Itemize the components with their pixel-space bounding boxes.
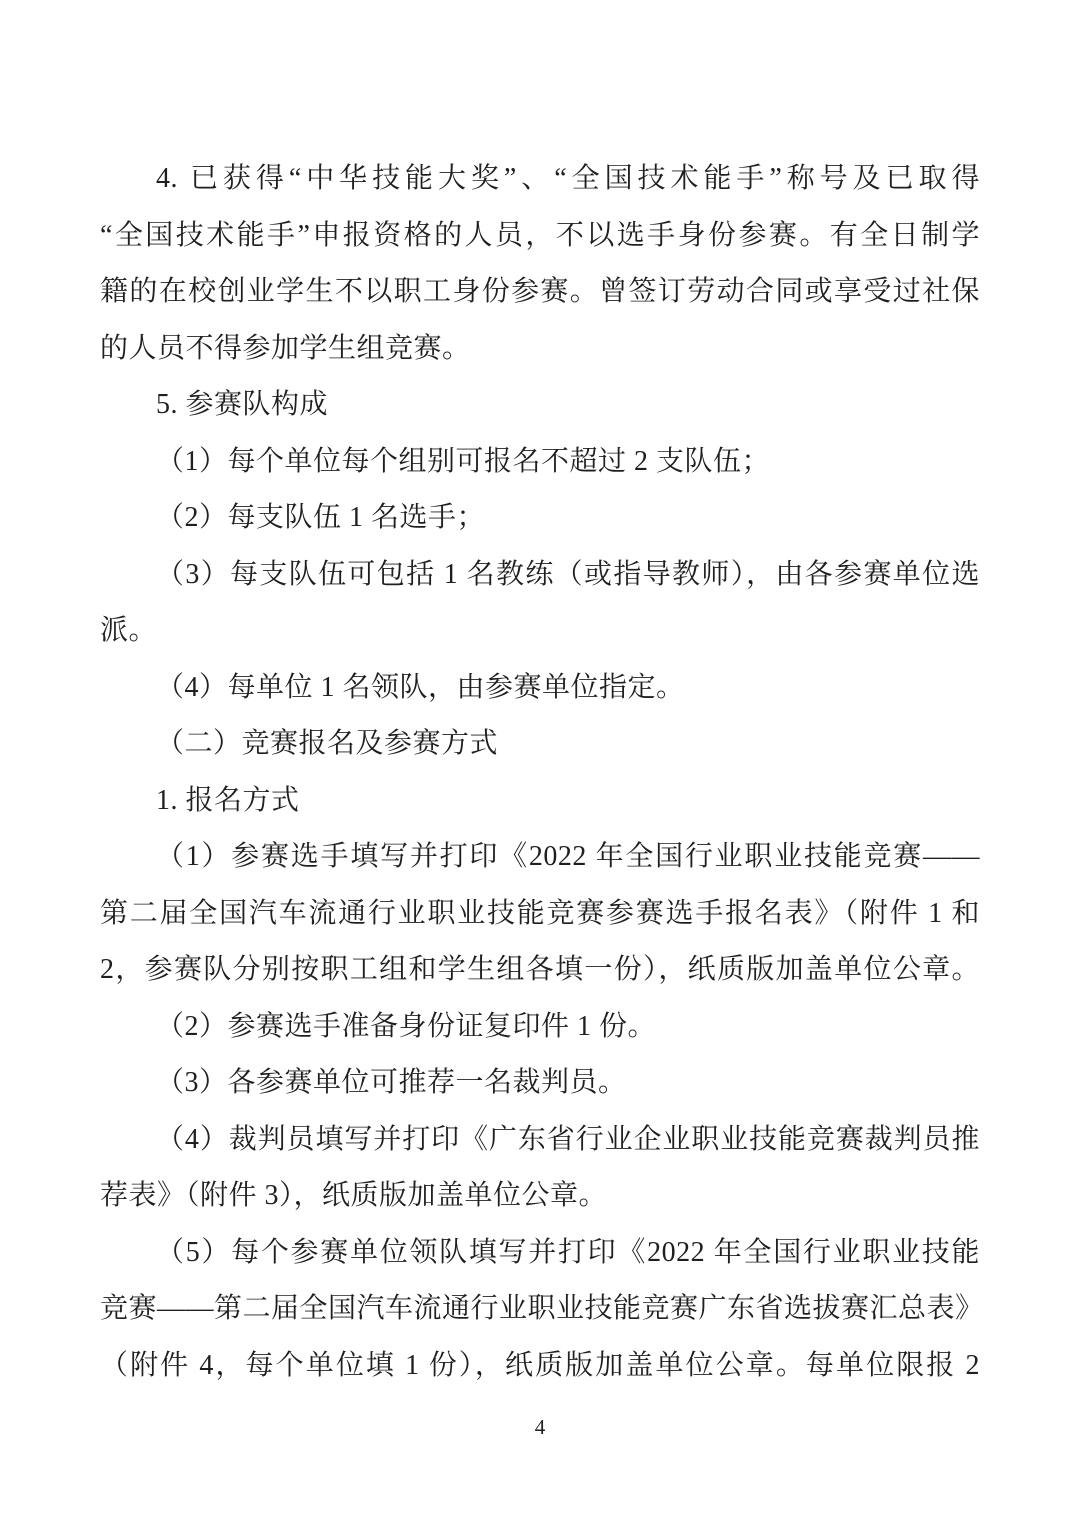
text-line: （4）每单位 1 名领队，由参赛单位指定。	[100, 660, 980, 717]
text-line: 竞赛——第二届全国汽车流通行业职业技能竞赛广东省选拔赛汇总表》	[100, 1281, 980, 1338]
text-line: （3）各参赛单位可推荐一名裁判员。	[100, 1055, 980, 1112]
text-line: 5. 参赛队构成	[100, 377, 980, 434]
text-line: 派。	[100, 603, 980, 660]
text-line: （5）每个参赛单位领队填写并打印《2022 年全国行业职业技能	[100, 1225, 980, 1282]
text-line: （2）每支队伍 1 名选手；	[100, 490, 980, 547]
page-number: 4	[0, 1412, 1080, 1442]
document-page: 4. 已获得“中华技能大奖”、“全国技术能手”称号及已取得 “全国技术能手”申报…	[0, 0, 1080, 1527]
text-line: （2）参赛选手准备身份证复印件 1 份。	[100, 999, 980, 1056]
document-body: 4. 已获得“中华技能大奖”、“全国技术能手”称号及已取得 “全国技术能手”申报…	[100, 151, 980, 1394]
text-line: 的人员不得参加学生组竞赛。	[100, 321, 980, 378]
text-line: （4）裁判员填写并打印《广东省行业企业职业技能竞赛裁判员推	[100, 1112, 980, 1169]
text-line: 2，参赛队分别按职工组和学生组各填一份），纸质版加盖单位公章。	[100, 942, 980, 999]
text-line: （1）参赛选手填写并打印《2022 年全国行业职业技能竞赛——	[100, 829, 980, 886]
text-line: 4. 已获得“中华技能大奖”、“全国技术能手”称号及已取得	[100, 151, 980, 208]
text-line: （二）竞赛报名及参赛方式	[100, 716, 980, 773]
text-line: 1. 报名方式	[100, 773, 980, 830]
text-line: 籍的在校创业学生不以职工身份参赛。曾签订劳动合同或享受过社保	[100, 264, 980, 321]
text-line: “全国技术能手”申报资格的人员，不以选手身份参赛。有全日制学	[100, 208, 980, 265]
text-line: （附件 4，每个单位填 1 份），纸质版加盖单位公章。每单位限报 2	[100, 1338, 980, 1395]
text-line: 荐表》（附件 3），纸质版加盖单位公章。	[100, 1168, 980, 1225]
text-line: （3）每支队伍可包括 1 名教练（或指导教师），由各参赛单位选	[100, 547, 980, 604]
text-line: （1）每个单位每个组别可报名不超过 2 支队伍；	[100, 434, 980, 491]
text-line: 第二届全国汽车流通行业职业技能竞赛参赛选手报名表》（附件 1 和	[100, 886, 980, 943]
